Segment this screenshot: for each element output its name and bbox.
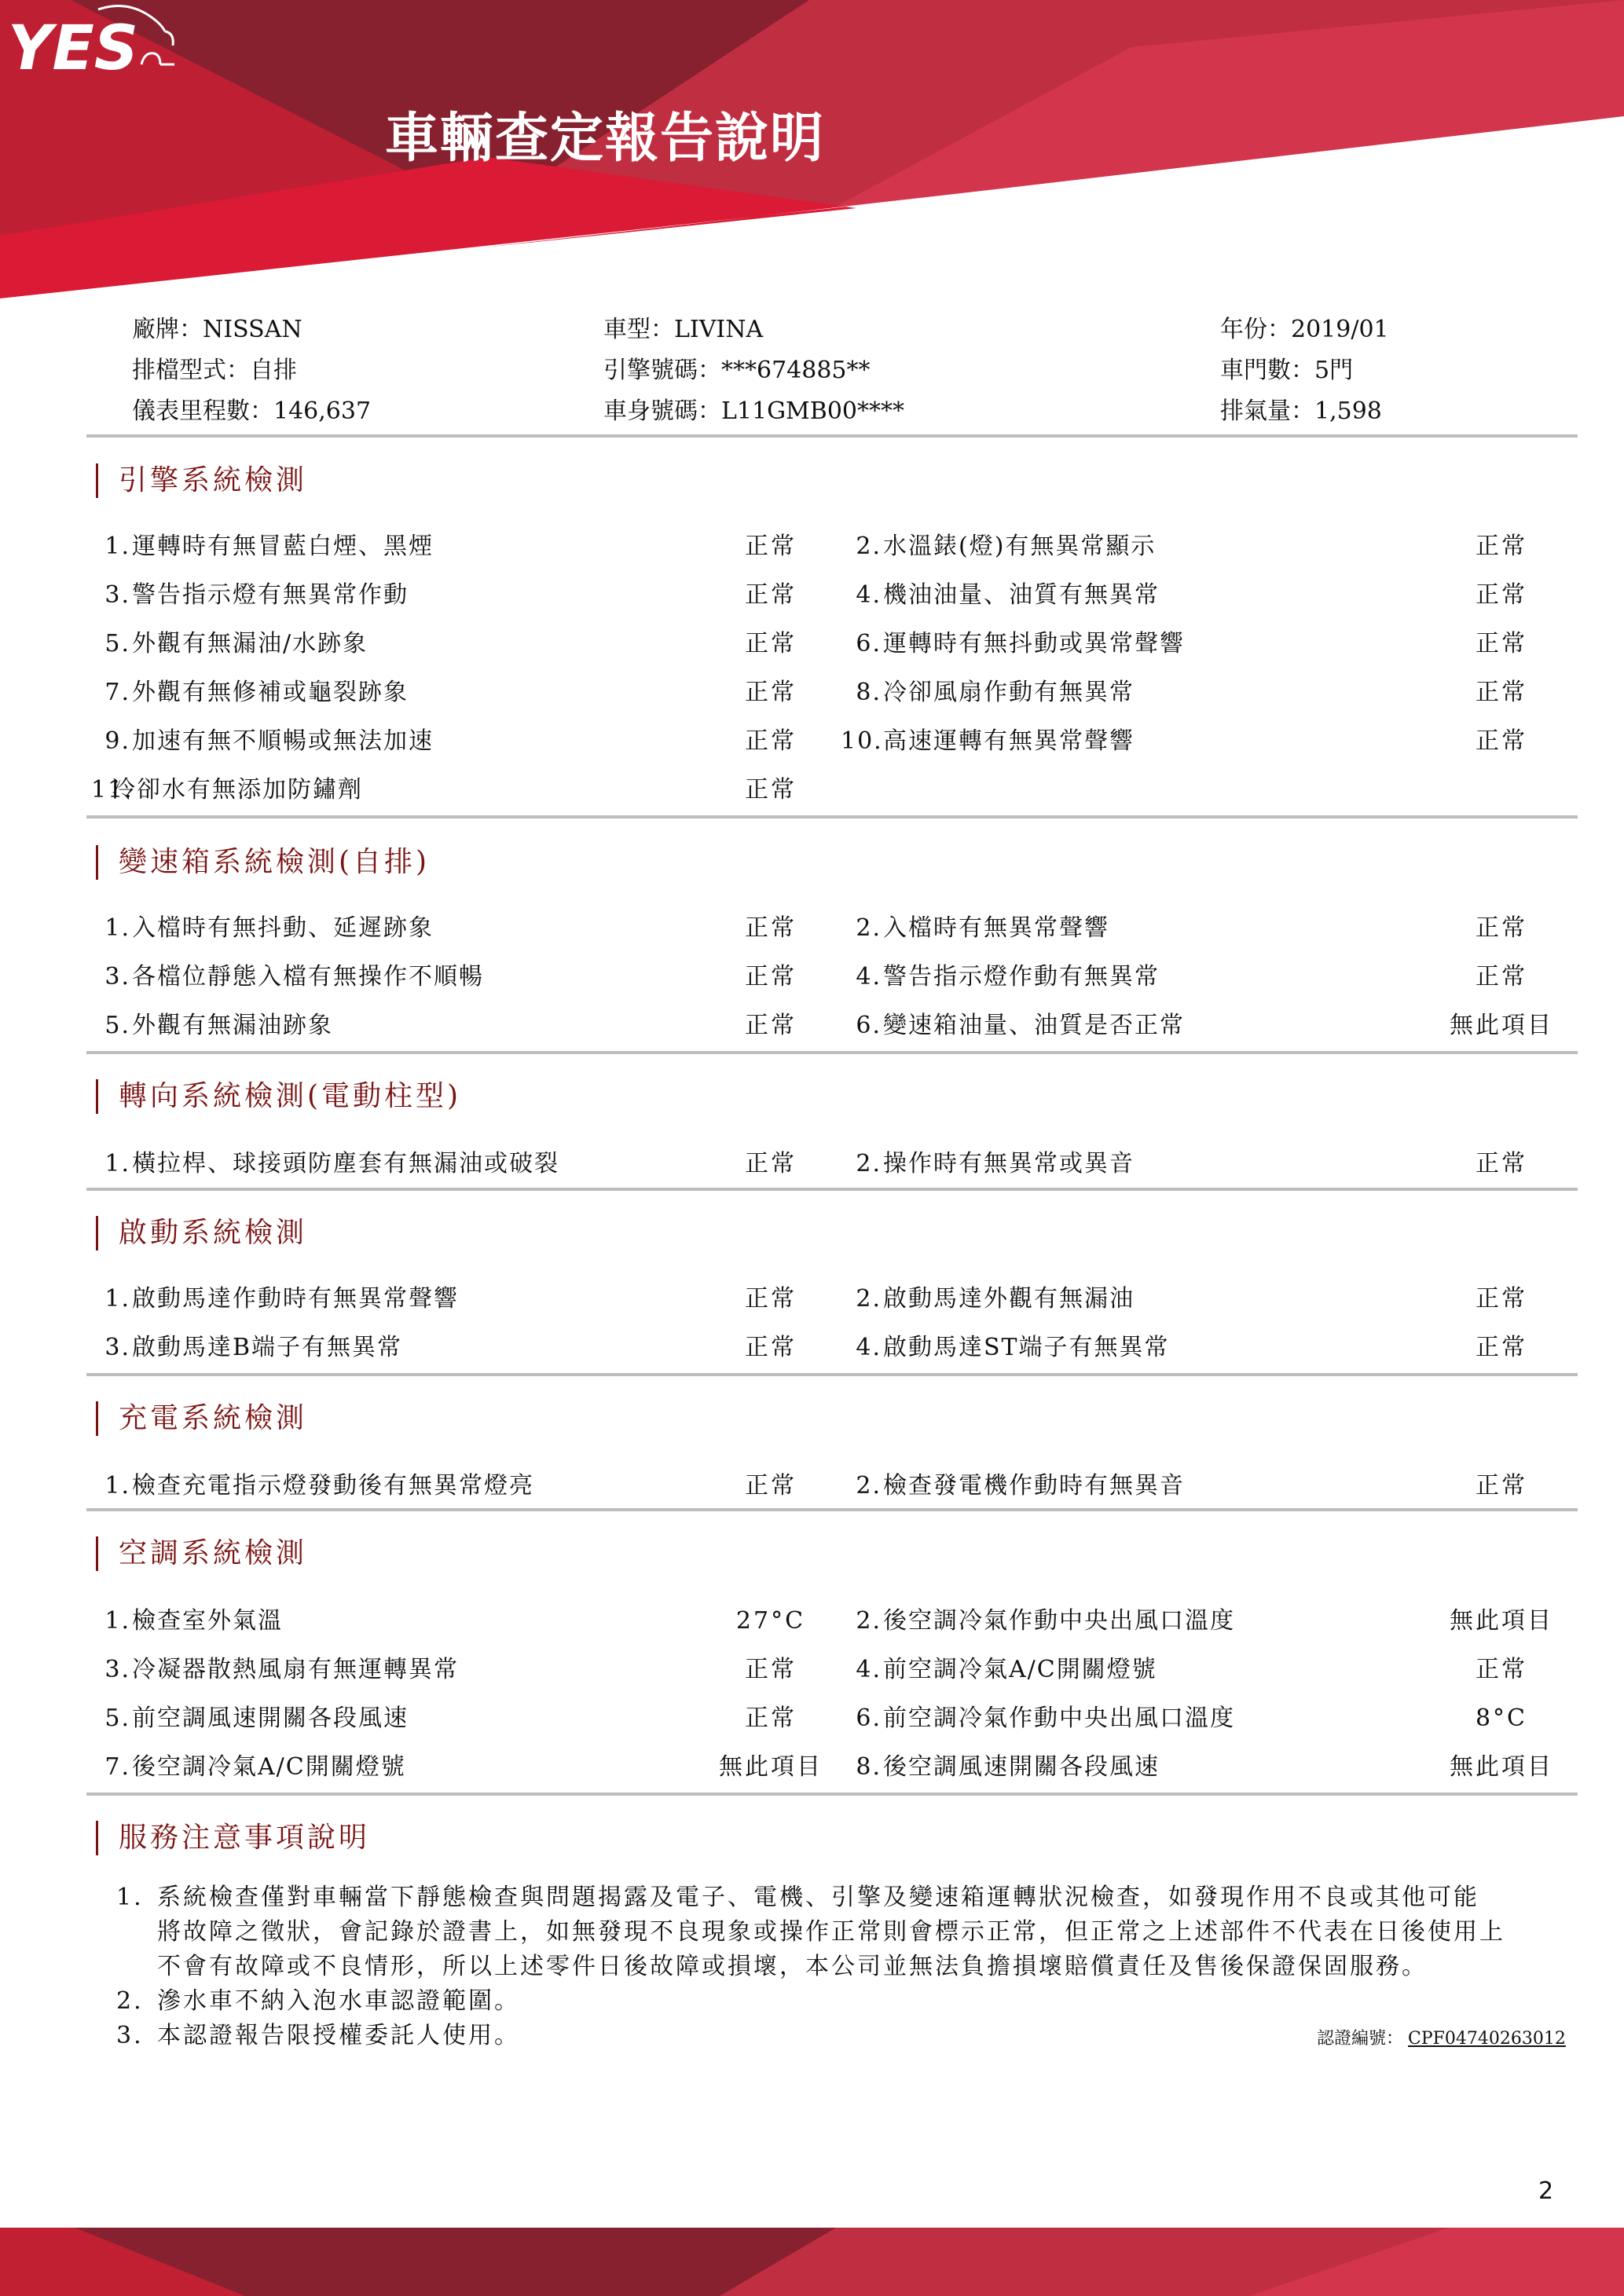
check-result: 正常 [1443, 961, 1560, 993]
divider [86, 1508, 1578, 1511]
certification-label: 認證編號： [1317, 2029, 1403, 2049]
check-result: 正常 [712, 1703, 830, 1734]
check-item: 8.冷卻風扇作動有無異常 [841, 677, 1135, 709]
displacement: 排氣量：1,598 [1220, 394, 1382, 429]
page-number: 2 [1538, 2177, 1553, 2205]
note-item: 2. 滲水車不納入泡水車認證範圍。 [116, 1984, 1578, 2019]
check-item: 2.水溫錶(燈)有無異常顯示 [841, 531, 1156, 562]
check-result: 正常 [712, 1010, 830, 1042]
model: 車型：LIVINA [603, 313, 763, 347]
door-count: 車門數：5門 [1220, 353, 1353, 388]
check-item: 2.後空調冷氣作動中央出風口溫度 [841, 1606, 1235, 1637]
divider [86, 1792, 1578, 1796]
check-item: 2.操作時有無異常或異音 [841, 1148, 1135, 1180]
check-item: 7.後空調冷氣A/C開關燈號 [102, 1752, 406, 1783]
check-item: 6.變速箱油量、油質是否正常 [841, 1010, 1185, 1042]
check-item: 1.檢查充電指示燈發動後有無異常燈亮 [102, 1470, 534, 1502]
check-item: 4.前空調冷氣A/C開關燈號 [841, 1654, 1157, 1686]
yes-logo: YES [0, 0, 236, 86]
svg-text:YES: YES [8, 13, 138, 84]
check-item: 5.前空調風速開關各段風速 [102, 1703, 409, 1734]
check-item: 5.外觀有無漏油/水跡象 [102, 628, 368, 660]
check-result: 無此項目 [1443, 1752, 1560, 1783]
check-item: 6.運轉時有無抖動或異常聲響 [841, 628, 1185, 660]
certification-value: CPF04740263012 [1403, 2029, 1571, 2049]
check-result: 正常 [1443, 1283, 1560, 1315]
check-result: 正常 [712, 677, 830, 709]
section-title-engine: 引擎系統檢測 [96, 463, 307, 498]
section-title-starter: 啟動系統檢測 [96, 1216, 307, 1251]
check-result: 正常 [1443, 1470, 1560, 1502]
engine-number: 引擎號碼：***674885** [603, 353, 871, 388]
check-item: 2.入檔時有無異常聲響 [841, 913, 1109, 944]
check-item: 3.警告指示燈有無異常作動 [102, 580, 409, 611]
check-item: 3.冷凝器散熱風扇有無運轉異常 [102, 1654, 459, 1686]
check-result: 正常 [712, 580, 830, 611]
year: 年份：2019/01 [1220, 313, 1389, 347]
transmission-type: 排檔型式：自排 [132, 353, 297, 388]
check-result: 正常 [712, 531, 830, 562]
check-result: 正常 [1443, 1148, 1560, 1180]
section-title-transmission: 變速箱系統檢測(自排) [96, 845, 430, 880]
info-row: 儀表里程數：146,637 車身號碼：L11GMB00**** 排氣量：1,59… [132, 394, 1578, 435]
check-item: 1.入檔時有無抖動、延遲跡象 [102, 913, 434, 944]
divider [86, 815, 1578, 818]
check-result: 正常 [1443, 531, 1560, 562]
check-result: 27°C [712, 1606, 830, 1637]
check-result: 無此項目 [1443, 1606, 1560, 1637]
check-result: 正常 [712, 726, 830, 757]
check-result: 正常 [712, 1470, 830, 1502]
vehicle-info: 廠牌：NISSAN 車型：LIVINA 年份：2019/01 排檔型式：自排 引… [132, 313, 1578, 435]
check-result: 正常 [712, 1654, 830, 1686]
section-title-service-notes: 服務注意事項說明 [96, 1821, 370, 1855]
info-row: 廠牌：NISSAN 車型：LIVINA 年份：2019/01 [132, 313, 1578, 353]
check-item: 1.運轉時有無冒藍白煙、黑煙 [102, 531, 434, 562]
check-item: 2.啟動馬達外觀有無漏油 [841, 1283, 1135, 1315]
check-item: 4.啟動馬達ST端子有無異常 [841, 1332, 1170, 1364]
check-item: 10.高速運轉有無異常聲響 [841, 726, 1135, 757]
check-item: 1.橫拉桿、球接頭防塵套有無漏油或破裂 [102, 1148, 559, 1180]
check-item: 1.啟動馬達作動時有無異常聲響 [102, 1283, 459, 1315]
check-result: 正常 [1443, 726, 1560, 757]
check-item: 4.機油油量、油質有無異常 [841, 580, 1160, 611]
divider [86, 1051, 1578, 1054]
note-item: 1. 系統檢查僅對車輛當下靜態檢查與問題揭露及電子、電機、引擎及變速箱運轉狀況檢… [116, 1880, 1578, 1984]
section-title-steering: 轉向系統檢測(電動柱型) [96, 1079, 461, 1114]
brand: 廠牌：NISSAN [132, 313, 302, 347]
check-result: 正常 [1443, 913, 1560, 944]
check-result: 正常 [712, 628, 830, 660]
check-item: 3.啟動馬達B端子有無異常 [102, 1332, 402, 1364]
header-banner: YES 車輛查定報告說明 [0, 0, 1624, 298]
check-item: 5.外觀有無漏油跡象 [102, 1010, 333, 1042]
certification-number: 認證編號：CPF04740263012 [1317, 2025, 1571, 2049]
check-result: 正常 [1443, 1654, 1560, 1686]
page-title: 車輛查定報告說明 [385, 96, 825, 172]
info-row: 排檔型式：自排 引擎號碼：***674885** 車門數：5門 [132, 353, 1578, 394]
check-result: 無此項目 [1443, 1010, 1560, 1042]
check-result: 正常 [712, 774, 830, 806]
check-item: 4.警告指示燈作動有無異常 [841, 961, 1160, 993]
check-result: 正常 [1443, 1332, 1560, 1364]
check-item: 2.檢查發電機作動時有無異音 [841, 1470, 1185, 1502]
check-result: 正常 [712, 1332, 830, 1364]
check-result: 正常 [1443, 580, 1560, 611]
check-item: 3.各檔位靜態入檔有無操作不順暢 [102, 961, 484, 993]
chassis-number: 車身號碼：L11GMB00**** [603, 394, 904, 429]
divider [86, 1373, 1578, 1376]
check-item: 11.冷卻水有無添加防鏽劑 [102, 774, 363, 806]
check-item: 9.加速有無不順暢或無法加速 [102, 726, 434, 757]
divider [86, 434, 1578, 438]
check-item: 7.外觀有無修補或龜裂跡象 [102, 677, 409, 709]
check-result: 無此項目 [712, 1752, 830, 1783]
check-result: 正常 [1443, 677, 1560, 709]
check-result: 8°C [1443, 1703, 1560, 1734]
check-result: 正常 [712, 961, 830, 993]
check-result: 正常 [1443, 628, 1560, 660]
section-title-air-conditioning: 空調系統檢測 [96, 1536, 307, 1571]
check-item: 6.前空調冷氣作動中央出風口溫度 [841, 1703, 1235, 1734]
check-item: 8.後空調風速開關各段風速 [841, 1752, 1160, 1783]
check-result: 正常 [712, 1283, 830, 1315]
section-title-charging: 充電系統檢測 [96, 1401, 307, 1436]
odometer: 儀表里程數：146,637 [132, 394, 371, 429]
footer-banner [0, 2228, 1624, 2296]
divider [86, 1188, 1578, 1191]
check-result: 正常 [712, 913, 830, 944]
check-item: 1.檢查室外氣溫 [102, 1606, 283, 1637]
check-result: 正常 [712, 1148, 830, 1180]
